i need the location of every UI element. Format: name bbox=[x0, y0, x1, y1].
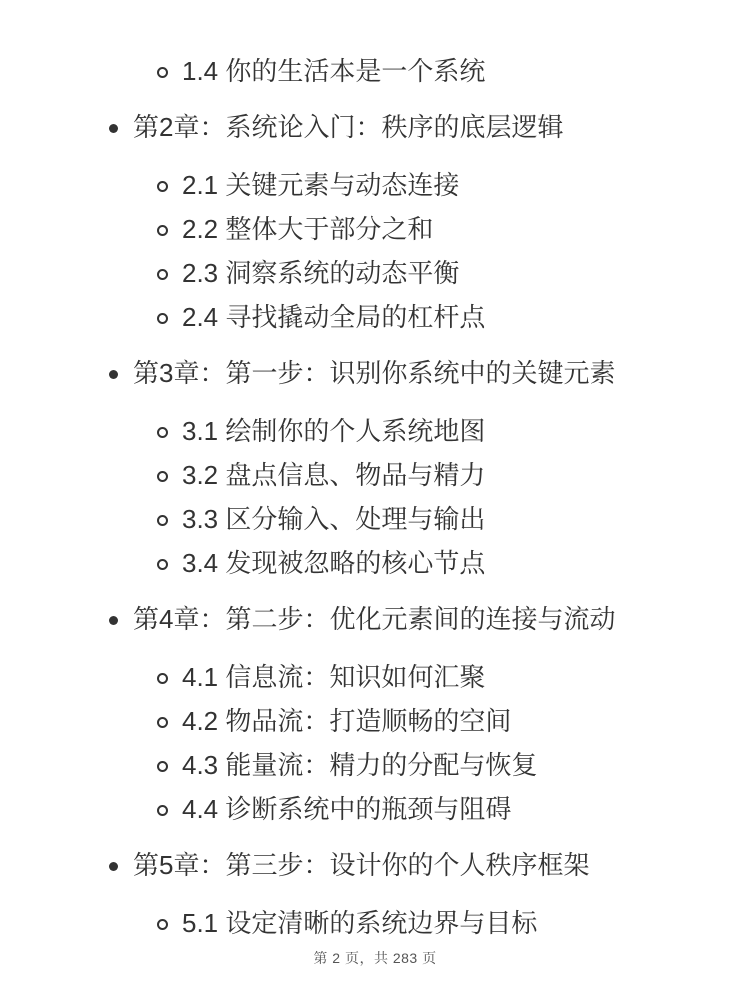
circle-bullet-icon bbox=[157, 515, 168, 526]
toc-chapter-item: 第5章：第三步：设计你的个人秩序框架 bbox=[0, 844, 750, 888]
table-of-contents: 1.4 你的生活本是一个系统 第2章：系统论入门：秩序的底层逻辑 2.1 关键元… bbox=[0, 0, 750, 946]
toc-item: 3.3 区分输入、处理与输出 bbox=[0, 498, 750, 542]
page-number-indicator: 第 2 页，共 283 页 bbox=[0, 948, 750, 968]
disc-bullet-icon bbox=[109, 370, 118, 379]
circle-bullet-icon bbox=[157, 225, 168, 236]
disc-bullet-icon bbox=[109, 616, 118, 625]
toc-item: 4.2 物品流：打造顺畅的空间 bbox=[0, 700, 750, 744]
circle-bullet-icon bbox=[157, 313, 168, 324]
circle-bullet-icon bbox=[157, 559, 168, 570]
circle-bullet-icon bbox=[157, 805, 168, 816]
toc-item-label: 3.2 盘点信息、物品与精力 bbox=[182, 460, 485, 491]
circle-bullet-icon bbox=[157, 181, 168, 192]
circle-bullet-icon bbox=[157, 471, 168, 482]
toc-item-label: 4.1 信息流：知识如何汇聚 bbox=[182, 662, 485, 693]
circle-bullet-icon bbox=[157, 269, 168, 280]
circle-bullet-icon bbox=[157, 673, 168, 684]
disc-bullet-icon bbox=[109, 862, 118, 871]
toc-item: 4.3 能量流：精力的分配与恢复 bbox=[0, 744, 750, 788]
toc-item: 4.4 诊断系统中的瓶颈与阻碍 bbox=[0, 788, 750, 832]
toc-chapter-label: 第2章：系统论入门：秩序的底层逻辑 bbox=[133, 112, 563, 143]
toc-chapter-label: 第4章：第二步：优化元素间的连接与流动 bbox=[133, 604, 615, 635]
toc-item-label: 2.1 关键元素与动态连接 bbox=[182, 170, 459, 201]
disc-bullet-icon bbox=[109, 124, 118, 133]
toc-item: 5.1 设定清晰的系统边界与目标 bbox=[0, 902, 750, 946]
toc-item-label: 4.3 能量流：精力的分配与恢复 bbox=[182, 750, 537, 781]
toc-item-label: 5.1 设定清晰的系统边界与目标 bbox=[182, 908, 537, 939]
toc-item-label: 2.4 寻找撬动全局的杠杆点 bbox=[182, 302, 485, 333]
toc-item: 2.2 整体大于部分之和 bbox=[0, 208, 750, 252]
toc-item-label: 1.4 你的生活本是一个系统 bbox=[182, 56, 485, 87]
toc-item-label: 2.2 整体大于部分之和 bbox=[182, 214, 433, 245]
toc-item: 3.2 盘点信息、物品与精力 bbox=[0, 454, 750, 498]
circle-bullet-icon bbox=[157, 919, 168, 930]
toc-item-label: 2.3 洞察系统的动态平衡 bbox=[182, 258, 459, 289]
toc-chapter-item: 第4章：第二步：优化元素间的连接与流动 bbox=[0, 598, 750, 642]
toc-item: 3.4 发现被忽略的核心节点 bbox=[0, 542, 750, 586]
toc-chapter-label: 第5章：第三步：设计你的个人秩序框架 bbox=[133, 850, 589, 881]
toc-item: 2.4 寻找撬动全局的杠杆点 bbox=[0, 296, 750, 340]
circle-bullet-icon bbox=[157, 67, 168, 78]
toc-item: 4.1 信息流：知识如何汇聚 bbox=[0, 656, 750, 700]
circle-bullet-icon bbox=[157, 427, 168, 438]
circle-bullet-icon bbox=[157, 717, 168, 728]
toc-chapter-item: 第3章：第一步：识别你系统中的关键元素 bbox=[0, 352, 750, 396]
toc-chapter-item: 第2章：系统论入门：秩序的底层逻辑 bbox=[0, 106, 750, 150]
toc-item: 1.4 你的生活本是一个系统 bbox=[0, 50, 750, 94]
toc-item: 2.1 关键元素与动态连接 bbox=[0, 164, 750, 208]
toc-item: 3.1 绘制你的个人系统地图 bbox=[0, 410, 750, 454]
toc-item-label: 3.1 绘制你的个人系统地图 bbox=[182, 416, 485, 447]
circle-bullet-icon bbox=[157, 761, 168, 772]
toc-chapter-label: 第3章：第一步：识别你系统中的关键元素 bbox=[133, 358, 615, 389]
toc-item-label: 4.2 物品流：打造顺畅的空间 bbox=[182, 706, 511, 737]
document-page: 1.4 你的生活本是一个系统 第2章：系统论入门：秩序的底层逻辑 2.1 关键元… bbox=[0, 0, 750, 1000]
toc-item: 2.3 洞察系统的动态平衡 bbox=[0, 252, 750, 296]
toc-item-label: 3.4 发现被忽略的核心节点 bbox=[182, 548, 485, 579]
toc-item-label: 4.4 诊断系统中的瓶颈与阻碍 bbox=[182, 794, 511, 825]
toc-item-label: 3.3 区分输入、处理与输出 bbox=[182, 504, 485, 535]
